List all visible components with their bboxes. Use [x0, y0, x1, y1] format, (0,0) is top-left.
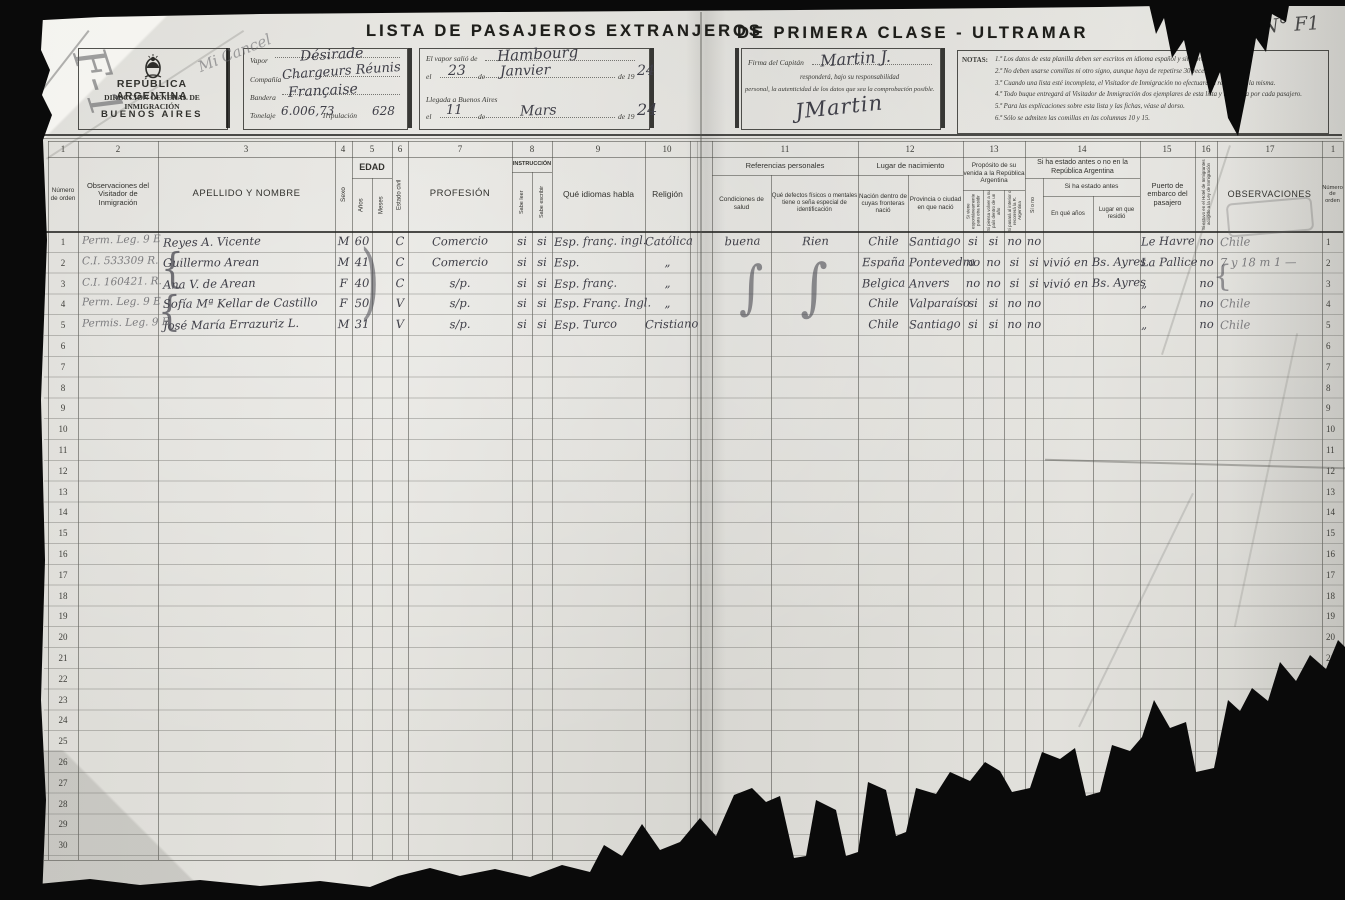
- header-religion: Religión: [645, 157, 690, 232]
- cell-p3: si: [1004, 255, 1025, 269]
- captain-label: Firma del Capitán: [748, 58, 804, 67]
- dotted-line: [440, 77, 615, 78]
- family-brace-mark: {: [158, 292, 181, 333]
- cell-langs: Esp. Franç. Ingl.: [554, 296, 644, 311]
- cell-province: Santiago: [909, 233, 963, 248]
- column-number: 1: [51, 144, 75, 154]
- document-title-right: DE PRIMERA CLASE - ULTRAMAR: [737, 24, 1088, 43]
- cell-obs2: 7 y 18 m 1 —: [1220, 254, 1322, 269]
- header-si-o-no: Sí o no: [1025, 178, 1043, 232]
- cell-sex: M: [335, 317, 352, 331]
- row-number-right: 9: [1326, 403, 1344, 413]
- row-number-right: 8: [1326, 383, 1344, 393]
- column-number: 17: [1258, 144, 1282, 154]
- row-number-right: 15: [1326, 528, 1344, 538]
- cell-before: no: [1025, 317, 1043, 331]
- header-profesion: PROFESIÓN: [408, 157, 512, 232]
- row-number-right: 4: [1326, 299, 1344, 309]
- row-number-left: 28: [48, 799, 78, 809]
- cell-before: si: [1025, 275, 1043, 289]
- cell-p1: no: [963, 275, 983, 289]
- cell-civil: V: [392, 317, 408, 331]
- row-number-right: 1: [1326, 237, 1344, 247]
- column-number: 2: [106, 144, 130, 154]
- document-title-left: LISTA DE PASAJEROS EXTRANJEROS: [366, 22, 763, 41]
- cell-prof: Comercio: [410, 254, 510, 269]
- cell-langs: Esp. franç. ingl.: [554, 233, 644, 249]
- cell-langs: Esp. Turco: [554, 316, 644, 332]
- cell-reads: si: [512, 296, 532, 310]
- row-number-left: 15: [48, 528, 78, 538]
- cell-p3: si: [1004, 275, 1025, 289]
- cell-nation: Chile: [859, 317, 908, 332]
- cell-province: Anvers: [909, 275, 963, 290]
- row-number-right: 19: [1326, 611, 1344, 621]
- cell-hotel: no: [1196, 317, 1217, 331]
- row-number-left: 11: [48, 445, 78, 455]
- row-number-left: 13: [48, 487, 78, 497]
- cell-before-years: vivió en Bs. Ayres: [1043, 254, 1140, 269]
- health-ditto-squiggle: ∫: [739, 258, 763, 316]
- header-anios: Años: [352, 178, 372, 232]
- header-numero-orden-right: Número de orden: [1322, 157, 1343, 232]
- captain-line3: personal, la autenticidad de los datos q…: [745, 86, 935, 93]
- column-number: 16: [1194, 144, 1218, 154]
- cell-name: Guillermo Arean: [163, 254, 333, 270]
- column-number: 13: [982, 144, 1006, 154]
- header-meses: Meses: [372, 178, 392, 232]
- nota-item: 5.ª Para las explicaciones sobre esta li…: [995, 103, 1185, 110]
- row-number-right: 3: [1326, 279, 1344, 289]
- de19-label: de 19: [618, 72, 634, 81]
- cell-before: si: [1025, 255, 1043, 269]
- tonelaje-label: Tonelaje: [250, 111, 276, 120]
- couple-brace-mark: {: [161, 249, 184, 290]
- rule: [42, 134, 1342, 136]
- row-number-left: 20: [48, 632, 78, 642]
- cell-prof: Comercio: [410, 233, 510, 249]
- row-number-left: 6: [48, 341, 78, 351]
- row-number-left: 29: [48, 819, 78, 829]
- cell-p2: no: [983, 275, 1004, 289]
- header-numero-orden: Número de orden: [48, 157, 78, 232]
- tripulacion-label: Tripulación: [322, 111, 357, 120]
- cell-p2: no: [983, 255, 1004, 269]
- cell-name: Ana V. de Arean: [163, 274, 333, 292]
- row-number-left: 5: [48, 320, 78, 330]
- header-sabe-escribir: Sabe escribir: [532, 172, 552, 232]
- row-number-right: 11: [1326, 445, 1344, 455]
- cell-writes: si: [532, 296, 552, 310]
- cell-p3: no: [1004, 296, 1025, 310]
- column-number: 15: [1155, 144, 1179, 154]
- header-proposito-sub3: Si pasará al interior o recorrerá la R. …: [1004, 190, 1025, 232]
- cell-p1: no: [963, 255, 983, 269]
- dotted-line: [485, 60, 635, 61]
- cell-prof: s/p.: [410, 296, 510, 311]
- arrival-year: 24: [637, 100, 657, 119]
- cell-before: no: [1025, 296, 1043, 310]
- row-number-left: 12: [48, 466, 78, 476]
- el-label: el: [426, 72, 431, 81]
- cell-langs: Esp. franç.: [554, 275, 644, 291]
- cell-port: „: [1141, 275, 1195, 290]
- row-number-right: 17: [1326, 570, 1344, 580]
- cell-religion: Cristiano: [645, 317, 690, 332]
- cell-obs: Perm. Leg. 9 E: [82, 233, 158, 247]
- row-number-left: 26: [48, 757, 78, 767]
- header-proposito-sub2: Si piensa volver a su país dentro de un …: [983, 190, 1004, 232]
- dotted-line: [440, 117, 615, 118]
- divider-bar: [735, 48, 739, 128]
- column-number: 8: [520, 144, 544, 154]
- tripulacion-value: 628: [372, 104, 395, 118]
- column-number: 5: [360, 144, 384, 154]
- captain-line2: responderá, bajo su responsabilidad: [800, 74, 899, 81]
- departure-year: 24: [637, 63, 655, 79]
- cell-religion: „: [645, 296, 690, 310]
- el-label: el: [426, 112, 431, 121]
- row-number-left: 21: [48, 653, 78, 663]
- cell-writes: si: [532, 317, 552, 331]
- header-proposito-sub1: Si viene espontáneamente para otra resid…: [963, 190, 983, 232]
- cell-p2: si: [983, 296, 1004, 310]
- header-lugar-nacimiento: Lugar de nacimiento: [858, 157, 963, 175]
- cell-nation: Chile: [859, 233, 908, 248]
- cell-name: Sofía Mª Kellar de Castillo: [163, 296, 333, 312]
- header-lugar-residio: Lugar en que residió: [1093, 196, 1140, 232]
- row-number-left: 1: [48, 237, 78, 247]
- scanned-passenger-list-document: LISTA DE PASAJEROS EXTRANJEROS DE PRIMER…: [0, 0, 1345, 900]
- bandera-label: Bandera: [250, 93, 276, 102]
- row-number-left: 22: [48, 674, 78, 684]
- header-provincia: Provincia o ciudad en que nació: [908, 175, 963, 232]
- cell-civil: C: [392, 255, 408, 269]
- cell-p1: si: [963, 234, 983, 248]
- cell-province: Valparaíso: [909, 296, 963, 311]
- cell-obs2: Chile: [1220, 233, 1322, 249]
- arrival-day: 11: [446, 103, 463, 118]
- age-bracket-mark: ): [360, 239, 379, 323]
- cell-province: Santiago: [909, 317, 963, 332]
- row-number-left: 9: [48, 403, 78, 413]
- cell-nation: Chile: [859, 296, 908, 311]
- cell-obs: C.I. 160421. R.: [82, 275, 158, 289]
- row-number-left: 7: [48, 362, 78, 372]
- cell-port: Le Havre: [1141, 233, 1195, 248]
- row-number-right: 7: [1326, 362, 1344, 372]
- cell-obs: C.I. 533309 R.: [82, 254, 158, 267]
- row-number-left: 25: [48, 736, 78, 746]
- cell-obs: Perm. Leg. 9 E: [82, 296, 158, 309]
- vapor-label: Vapor: [250, 56, 268, 65]
- compania-label: Compañía: [250, 75, 281, 84]
- column-number: 14: [1070, 144, 1094, 154]
- notas-label: NOTAS:: [962, 56, 988, 64]
- nota-item: 6.ª Sólo se admiten las comillas en las …: [995, 115, 1150, 122]
- row-number-left: 10: [48, 424, 78, 434]
- cell-writes: si: [532, 255, 552, 269]
- column-number: 11: [773, 144, 797, 154]
- row-number-left: 18: [48, 591, 78, 601]
- header-nacion: Nación dentro de cuyas fronteras nació: [858, 175, 908, 232]
- column-number: 12: [898, 144, 922, 154]
- row-number-left: 24: [48, 715, 78, 725]
- row-number-left: 23: [48, 695, 78, 705]
- cell-hotel: no: [1196, 234, 1217, 248]
- divider-bar: [408, 48, 412, 128]
- header-hotel-inmigrantes: Si estuvo en el Hotel de Inmigrantes aco…: [1195, 157, 1217, 232]
- header-defectos: Qué defectos físicos o mentales tiene o …: [771, 175, 858, 232]
- cell-writes: si: [532, 275, 552, 289]
- cell-p1: si: [963, 317, 983, 331]
- observations-brace-mark: {: [1213, 262, 1232, 292]
- cell-civil: C: [392, 275, 408, 289]
- cell-prof: s/p.: [410, 316, 510, 332]
- cell-p2: si: [983, 317, 1004, 331]
- cell-sex: F: [335, 296, 352, 310]
- column-number: 9: [586, 144, 610, 154]
- row-number-left: 14: [48, 507, 78, 517]
- cell-before: no: [1025, 234, 1043, 248]
- cell-sex: M: [335, 255, 352, 269]
- cell-reads: si: [512, 317, 532, 331]
- cell-sex: M: [335, 234, 352, 248]
- header-sabe-leer: Sabe leer: [512, 172, 532, 232]
- row-number-left: 3: [48, 279, 78, 289]
- row-number-left: 30: [48, 840, 78, 850]
- column-number: 4: [331, 144, 355, 154]
- column-number: 3: [234, 144, 258, 154]
- header-proposito: Propósito de su venida a la República Ar…: [963, 157, 1025, 190]
- cell-hotel: no: [1196, 296, 1217, 310]
- row-number-right: 13: [1326, 487, 1344, 497]
- cell-reads: si: [512, 255, 532, 269]
- header-si-ha-estado-antes: Si ha estado antes: [1043, 178, 1140, 196]
- column-number-right: 1: [1321, 144, 1345, 154]
- cell-sex: F: [335, 275, 352, 289]
- grid-hline: [48, 141, 1343, 142]
- cell-obs2: Chile: [1220, 296, 1322, 311]
- row-number-right: 18: [1326, 591, 1344, 601]
- divider-bar: [941, 48, 945, 128]
- column-number: 7: [448, 144, 472, 154]
- header-puerto-embarco: Puerto de embarco del pasajero: [1140, 157, 1195, 232]
- row-number-right: 5: [1326, 320, 1344, 330]
- cell-reads: si: [512, 275, 532, 289]
- cell-obs: Permis. Leg. 9 E: [82, 316, 158, 330]
- row-number-right: 20: [1326, 632, 1344, 642]
- header-estado-civil: Estado civil: [392, 157, 408, 232]
- row-number-right: 10: [1326, 424, 1344, 434]
- cell-religion: „: [645, 255, 690, 269]
- cell-p2: si: [983, 234, 1004, 248]
- de19-label: de 19: [618, 112, 634, 121]
- header-sexo: Sexo: [335, 157, 352, 232]
- cell-port: „: [1141, 317, 1195, 332]
- row-number-right: 14: [1326, 507, 1344, 517]
- row-number-left: 27: [48, 778, 78, 788]
- cell-p3: no: [1004, 234, 1025, 248]
- cell-civil: V: [392, 296, 408, 310]
- row-number-right: 2: [1326, 258, 1344, 268]
- row-number-left: 16: [48, 549, 78, 559]
- nota-item: 4.ª Todo buque entregará al Visitador de…: [995, 91, 1302, 98]
- row-number-right: 6: [1326, 341, 1344, 351]
- header-edad: EDAD: [352, 157, 392, 178]
- header-idiomas: Qué idiomas habla: [552, 157, 645, 232]
- row-number-left: 19: [48, 611, 78, 621]
- defects-ditto-squiggle: ∫: [800, 256, 827, 318]
- rule: [42, 138, 1342, 139]
- header-condiciones-salud: Condiciones de salud: [712, 175, 771, 232]
- header-en-que-anos: En qué años: [1043, 196, 1093, 232]
- cell-civil: C: [392, 234, 408, 248]
- cell-nation: España: [859, 255, 908, 270]
- cell-obs2: Chile: [1220, 316, 1322, 332]
- cell-health: buena: [714, 233, 771, 248]
- cell-port: „: [1141, 296, 1195, 311]
- departure-label: El vapor salió de: [426, 54, 477, 63]
- row-number-left: 4: [48, 299, 78, 309]
- cell-p1: si: [963, 296, 983, 310]
- nota-item: 2.ª No deben usarse comillas ni otro sig…: [995, 68, 1220, 75]
- cell-writes: si: [532, 234, 552, 248]
- row-number-right: 12: [1326, 466, 1344, 476]
- cell-defects: Rien: [773, 233, 858, 249]
- header-observaciones-visitador: Observaciones del Visitador de Inmigraci…: [78, 157, 158, 232]
- header-instruccion: INSTRUCCIÓN: [512, 157, 552, 172]
- column-number: 10: [655, 144, 679, 154]
- cell-prof: s/p.: [410, 275, 510, 291]
- cell-nation: Belgica: [859, 275, 908, 290]
- header-estado-antes: Si ha estado antes o no en la República …: [1025, 157, 1140, 178]
- vapor-value: Désirade: [300, 45, 364, 64]
- row-number-left: 2: [48, 258, 78, 268]
- cell-port: La Pallice: [1141, 255, 1195, 270]
- row-number-left: 8: [48, 383, 78, 393]
- cell-before-years: vivió en Bs. Ayres: [1043, 275, 1140, 291]
- header-referencias: Referencias personales: [712, 157, 858, 175]
- cell-province: Pontevedra: [909, 255, 963, 270]
- cell-reads: si: [512, 234, 532, 248]
- row-number-left: 17: [48, 570, 78, 580]
- row-number-right: 16: [1326, 549, 1344, 559]
- cell-p3: no: [1004, 317, 1025, 331]
- cell-religion: Católica: [645, 234, 690, 249]
- cell-langs: Esp.: [554, 254, 644, 269]
- column-number: 6: [388, 144, 412, 154]
- header-apellido-nombre: APELLIDO Y NOMBRE: [158, 157, 335, 232]
- cell-religion: „: [645, 275, 690, 290]
